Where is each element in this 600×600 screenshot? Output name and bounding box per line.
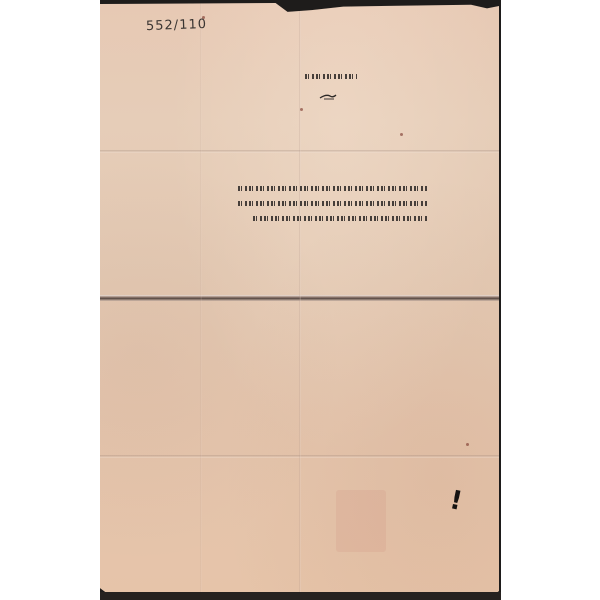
body-line-2	[238, 195, 428, 210]
ink-spot	[300, 108, 303, 111]
fold-line-vertical	[299, 3, 301, 597]
ink-spot	[400, 133, 403, 136]
manuscript-page	[100, 3, 499, 597]
seal-stain	[336, 490, 386, 552]
scan-bottom-edge	[100, 592, 501, 600]
document-body	[238, 180, 428, 225]
catalog-number: 552/110	[146, 17, 208, 34]
heading-flourish-icon	[318, 92, 338, 100]
body-line-1	[238, 180, 428, 195]
document-heading	[305, 68, 357, 82]
heading-handwriting	[305, 74, 357, 79]
ink-spot	[466, 443, 469, 446]
fold-line-vertical-faint	[200, 3, 202, 597]
body-line-3	[238, 210, 428, 225]
